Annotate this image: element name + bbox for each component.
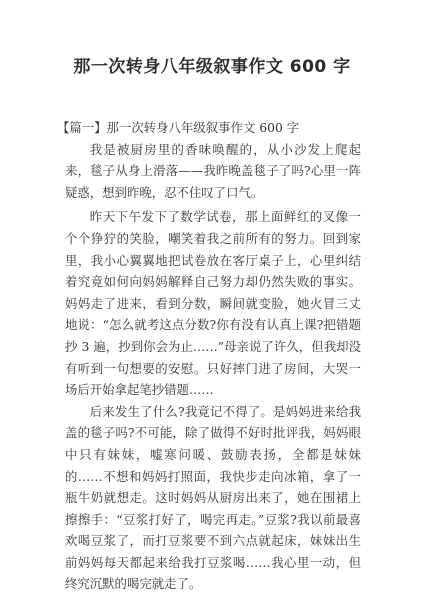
page-title: 那一次转身八年级叙事作文 600 字	[0, 52, 424, 77]
paragraph-2: 昨天下午发下了数学试卷，那上面鲜红的叉像一个个狰狞的笑脸，嘲笑着我之前所有的努力…	[65, 206, 361, 400]
section-heading: 【篇一】那一次转身八年级叙事作文 600 字	[65, 117, 361, 139]
paragraph-3: 后来发生了什么?我竟记不得了。是妈妈进来给我盖的毯子吗?不可能，除了做得不好时批…	[65, 401, 361, 595]
paragraph-1: 我是被厨房里的香味唤醒的，从小沙发上爬起来，毯子从身上滑落——我昨晚盖毯子了吗?…	[65, 139, 361, 204]
article-body: 【篇一】那一次转身八年级叙事作文 600 字 我是被厨房里的香味唤醒的，从小沙发…	[65, 117, 361, 595]
